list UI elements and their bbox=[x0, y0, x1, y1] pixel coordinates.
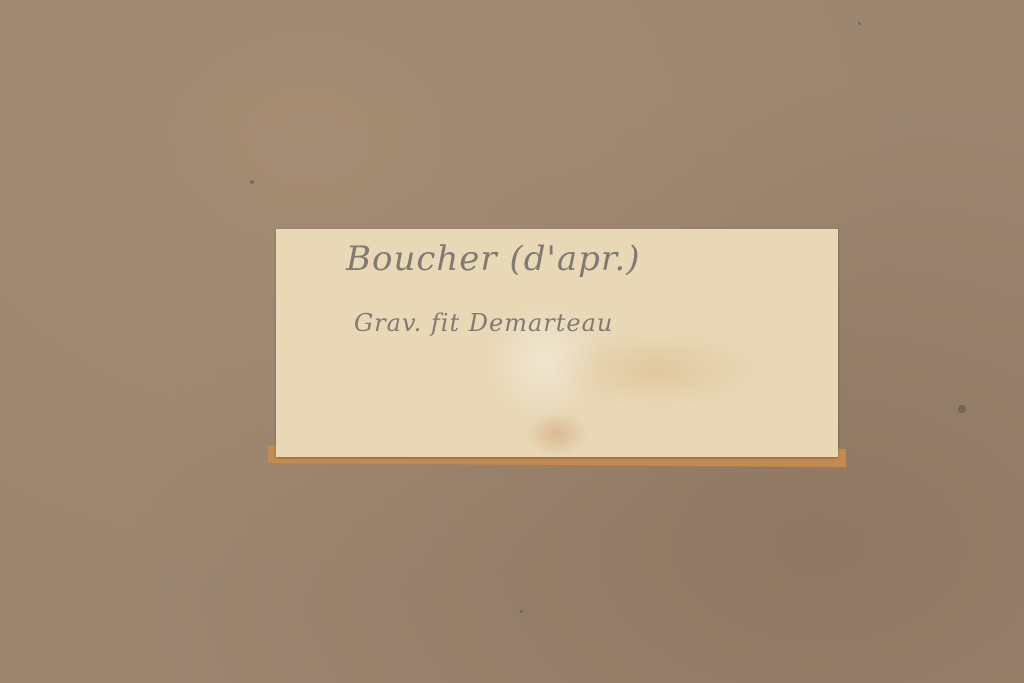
paper-label: Boucher (d'apr.) Grav. fit Demarteau bbox=[276, 229, 838, 457]
speck bbox=[858, 22, 861, 25]
label-artist-line: Boucher (d'apr.) bbox=[346, 239, 640, 279]
speck bbox=[520, 610, 523, 613]
speck bbox=[958, 405, 966, 413]
speck bbox=[250, 180, 254, 184]
label-engraver-line: Grav. fit Demarteau bbox=[354, 309, 613, 337]
